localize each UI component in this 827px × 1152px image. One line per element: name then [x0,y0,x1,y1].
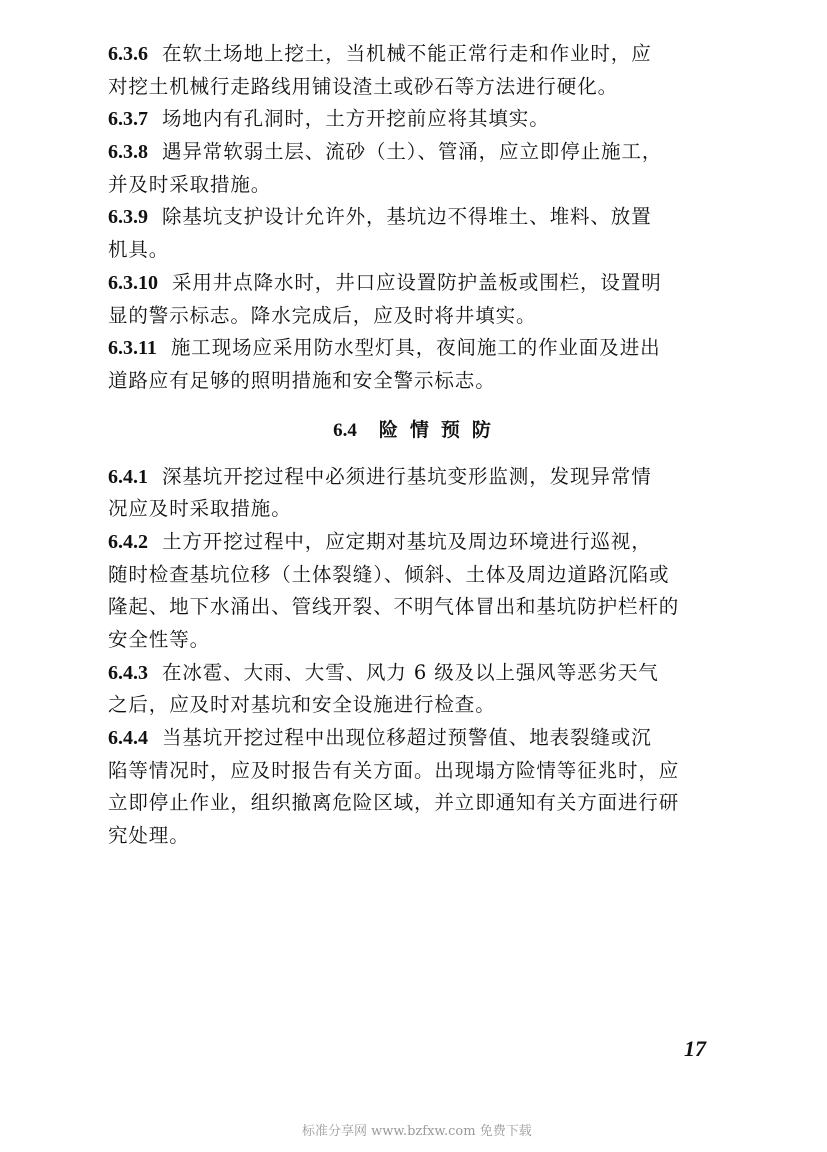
clause-first-line: 6.3.9除基坑支护设计允许外，基坑边不得堆土、堆料、放置 [108,201,728,234]
clause-text: 况应及时采取措施。 [108,497,292,520]
clause-text: 随时检查基坑位移（土体裂缝）、倾斜、土体及周边道路沉陷或 [108,563,669,586]
clause-number: 6.3.10 [108,272,158,294]
watermark: 标准分享网 www.bzfxw.com 免费下载 [302,1120,532,1139]
clause-first-line: 6.4.4当基坑开挖过程中出现位移超过预警值、地表裂缝或沉 [108,722,728,755]
clause-first-line: 6.3.11施工现场应采用防水型灯具，夜间施工的作业面及进出 [108,332,728,365]
clause-text: 并及时采取措施。 [108,173,271,196]
clause-number: 6.3.9 [108,206,148,228]
clause-first-line: 6.4.3在冰雹、大雨、大雪、风力 6 级及以上强风等恶劣天气 [108,657,728,690]
clause-text: 隆起、地下水涌出、管线开裂、不明气体冒出和基坑防护栏杆的 [108,595,679,618]
clause-first-line: 6.3.8遇异常软弱土层、流砂（土）、管涌，应立即停止施工， [108,136,728,169]
clause-text: 除基坑支护设计允许外，基坑边不得堆土、堆料、放置 [162,205,652,228]
clause-continuation-line: 安全性等。 [108,624,728,657]
clause-number: 6.3.7 [108,108,148,130]
clause-continuation-line: 立即停止作业，组织撤离危险区域，并立即通知有关方面进行研 [108,787,728,820]
clause-continuation-line: 之后，应及时对基坑和安全设施进行检查。 [108,689,728,722]
section-number: 6.4 [333,420,357,441]
clause-number: 6.4.2 [108,531,148,553]
clause-text: 道路应有足够的照明措施和安全警示标志。 [108,369,496,392]
clause-text: 施工现场应采用防水型灯具，夜间施工的作业面及进出 [171,336,661,359]
clause-text: 场地内有孔洞时，土方开挖前应将其填实。 [162,107,550,130]
clause-text: 机具。 [108,238,169,261]
clause-text: 遇异常软弱土层、流砂（土）、管涌，应立即停止施工， [162,140,662,163]
clause-text: 立即停止作业，组织撤离危险区域，并立即通知有关方面进行研 [108,791,679,814]
clause-first-line: 6.4.1深基坑开挖过程中必须进行基坑变形监测，发现异常情 [108,461,728,494]
clause-text: 采用井点降水时，井口应设置防护盖板或围栏，设置明 [172,271,662,294]
clause-continuation-line: 对挖土机械行走路线用铺设渣土或砂石等方法进行硬化。 [108,71,728,104]
document-body: 6.3.6在软土场地上挖土，当机械不能正常行走和作业时，应对挖土机械行走路线用铺… [108,38,728,853]
clause-continuation-line: 显的警示标志。降水完成后，应及时将井填实。 [108,300,728,333]
clause-text: 在冰雹、大雨、大雪、风力 6 级及以上强风等恶劣天气 [162,661,659,684]
clause-text: 显的警示标志。降水完成后，应及时将井填实。 [108,304,536,327]
clause-text: 究处理。 [108,824,190,847]
clause-number: 6.4.3 [108,662,148,684]
clause-continuation-line: 机具。 [108,234,728,267]
clause-number: 6.4.1 [108,466,148,488]
clause-first-line: 6.3.6在软土场地上挖土，当机械不能正常行走和作业时，应 [108,38,728,71]
section-heading: 6.4险情预防 [108,414,728,447]
clause-continuation-line: 究处理。 [108,820,728,853]
clause-text: 对挖土机械行走路线用铺设渣土或砂石等方法进行硬化。 [108,75,618,98]
clause-number: 6.4.4 [108,727,148,749]
clause-continuation-line: 况应及时采取措施。 [108,493,728,526]
clause-continuation-line: 陷等情况时，应及时报告有关方面。出现塌方险情等征兆时，应 [108,755,728,788]
clause-text: 在软土场地上挖土，当机械不能正常行走和作业时，应 [162,42,652,65]
clauses-6-4: 6.4.1深基坑开挖过程中必须进行基坑变形监测，发现异常情况应及时采取措施。6.… [108,461,728,853]
clause-number: 6.3.11 [108,337,157,359]
clause-text: 土方开挖过程中，应定期对基坑及周边环境进行巡视， [162,530,652,553]
clause-continuation-line: 随时检查基坑位移（土体裂缝）、倾斜、土体及周边道路沉陷或 [108,559,728,592]
section-title: 险情预防 [379,419,503,441]
clause-text: 之后，应及时对基坑和安全设施进行检查。 [108,693,496,716]
clause-continuation-line: 道路应有足够的照明措施和安全警示标志。 [108,365,728,398]
clause-continuation-line: 并及时采取措施。 [108,169,728,202]
clause-first-line: 6.3.7场地内有孔洞时，土方开挖前应将其填实。 [108,103,728,136]
clause-text: 安全性等。 [108,628,210,651]
clause-number: 6.3.6 [108,43,148,65]
clause-first-line: 6.4.2土方开挖过程中，应定期对基坑及周边环境进行巡视， [108,526,728,559]
clauses-6-3: 6.3.6在软土场地上挖土，当机械不能正常行走和作业时，应对挖土机械行走路线用铺… [108,38,728,398]
clause-text: 当基坑开挖过程中出现位移超过预警值、地表裂缝或沉 [162,726,652,749]
page-number: 17 [684,1036,706,1062]
clause-first-line: 6.3.10采用井点降水时，井口应设置防护盖板或围栏，设置明 [108,267,728,300]
clause-number: 6.3.8 [108,141,148,163]
clause-text: 深基坑开挖过程中必须进行基坑变形监测，发现异常情 [162,465,652,488]
clause-continuation-line: 隆起、地下水涌出、管线开裂、不明气体冒出和基坑防护栏杆的 [108,591,728,624]
clause-text: 陷等情况时，应及时报告有关方面。出现塌方险情等征兆时，应 [108,759,679,782]
